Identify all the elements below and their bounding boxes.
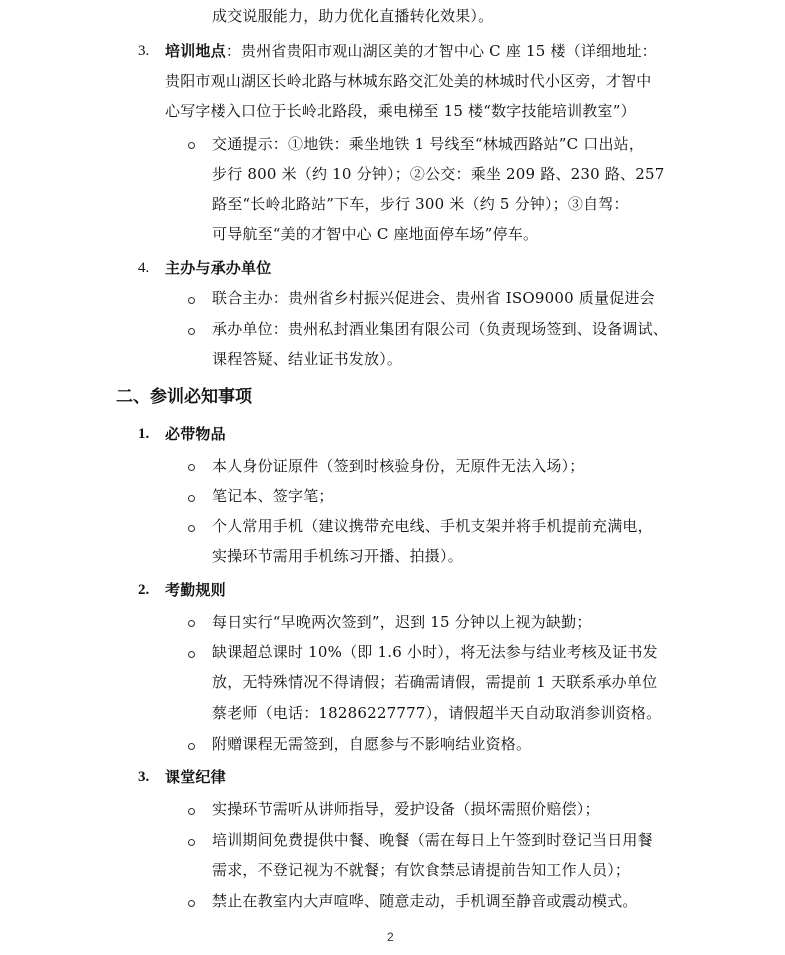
- bullet-icon: [188, 297, 195, 304]
- bullet-icon: [188, 495, 195, 502]
- text-line: 禁止在教室内大声喧哗、随意走动，手机调至静音或震动模式。: [212, 891, 638, 911]
- text-line: 蔡老师（电话：18286227777），请假超半天自动取消参训资格。: [212, 703, 661, 723]
- list-number: 3.: [138, 767, 149, 787]
- text-line: 交通提示：①地铁：乘坐地铁 1 号线至“林城西路站”C 口出站，: [212, 134, 644, 154]
- bullet-icon: [188, 808, 195, 815]
- bullet-icon: [188, 525, 195, 532]
- text-line: 需求，不登记视为不就餐；有饮食禁忌请提前告知工作人员）；: [212, 860, 630, 880]
- item-label: 必带物品: [165, 424, 226, 444]
- item-label: 培训地点: [165, 42, 226, 60]
- bullet-icon: [188, 142, 195, 149]
- text-line: 承办单位：贵州私封酒业集团有限公司（负责现场签到、设备调试、: [212, 319, 668, 339]
- text-line: 联合主办：贵州省乡村振兴促进会、贵州省 ISO9000 质量促进会: [212, 288, 655, 308]
- text-line: 附赠课程无需签到，自愿参与不影响结业资格。: [212, 734, 531, 754]
- text-line: 放，无特殊情况不得请假；若确需请假，需提前 1 天联系承办单位: [212, 672, 657, 692]
- bullet-icon: [188, 328, 195, 335]
- bullet-icon: [188, 620, 195, 627]
- item-label: 课堂纪律: [165, 767, 226, 787]
- text-line: 路至“长岭北路站”下车，步行 300 米（约 5 分钟）；③自驾：: [212, 194, 629, 214]
- item-text: ：贵州省贵阳市观山湖区美的才智中心 C 座 15 楼（详细地址：: [226, 42, 657, 60]
- text-line: 本人身份证原件（签到时核验身份，无原件无法入场）；: [212, 456, 585, 476]
- text-line: 笔记本、签字笔；: [212, 486, 334, 506]
- text-line: 实操环节需用手机练习开播、拍摄）。: [212, 546, 463, 566]
- bullet-icon: [188, 839, 195, 846]
- text-line: 缺课超总课时 10%（即 1.6 小时），将无法参与结业考核及证书发: [212, 642, 658, 662]
- list-item-location: 培训地点：贵州省贵阳市观山湖区美的才智中心 C 座 15 楼（详细地址：: [165, 41, 657, 61]
- text-line: 每日实行“早晚两次签到”，迟到 15 分钟以上视为缺勤；: [212, 612, 592, 632]
- text-line: 步行 800 米（约 10 分钟）；②公交：乘坐 209 路、230 路、257: [212, 164, 665, 184]
- text-line: 贵阳市观山湖区长岭北路与林城东路交汇处美的林城时代小区旁，才智中: [165, 71, 651, 91]
- bullet-icon: [188, 464, 195, 471]
- item-label: 主办与承办单位: [165, 258, 271, 278]
- bullet-icon: [188, 900, 195, 907]
- continuation-text: 成交说服能力，助力优化直播转化效果）。: [212, 6, 493, 26]
- list-number: 4.: [138, 258, 149, 278]
- bullet-icon: [188, 651, 195, 658]
- text-line: 实操环节需听从讲师指导，爱护设备（损坏需照价赔偿）；: [212, 799, 600, 819]
- list-number: 2.: [138, 580, 149, 600]
- list-number: 3.: [138, 41, 149, 61]
- text-line: 个人常用手机（建议携带充电线、手机支架并将手机提前充满电，: [212, 516, 653, 536]
- text-line: 心写字楼入口位于长岭北路段，乘电梯至 15 楼“数字技能培训教室”）: [165, 101, 636, 121]
- list-number: 1.: [138, 424, 149, 444]
- page-number: 2: [387, 930, 394, 944]
- section-title: 二、参训必知事项: [116, 386, 252, 408]
- text-line: 可导航至“美的才智中心 C 座地面停车场”停车。: [212, 224, 538, 244]
- bullet-icon: [188, 743, 195, 750]
- item-label: 考勤规则: [165, 580, 226, 600]
- text-line: 课程答疑、结业证书发放）。: [212, 349, 402, 369]
- text-line: 培训期间免费提供中餐、晚餐（需在每日上午签到时登记当日用餐: [212, 830, 653, 850]
